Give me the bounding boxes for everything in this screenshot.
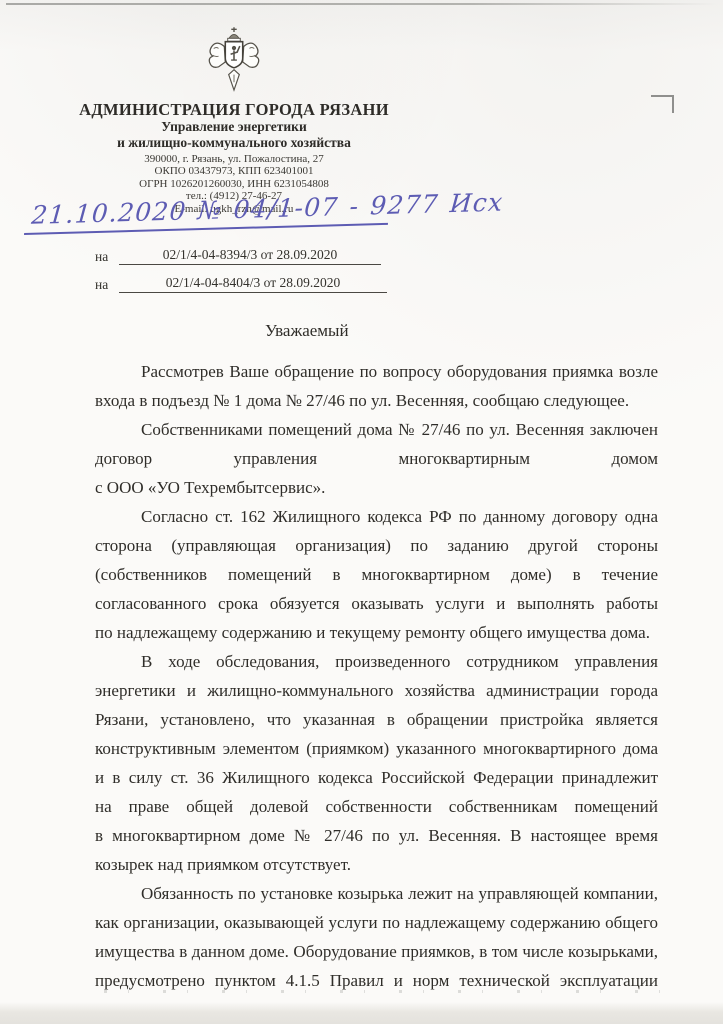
text-line: Обязанность по установке козырька лежит … [95,879,658,908]
paragraph: Обязанность по установке козырька лежит … [95,879,658,995]
reference-label: на [95,249,119,265]
salutation: Уважаемый [265,316,658,345]
scan-artifact-bottom-band [0,1002,723,1024]
text-line: сторона (управляющая организация) по зад… [95,531,658,560]
paragraph: В ходе обследования, произведенного сотр… [95,647,658,879]
scan-artifact-top-line [6,3,718,5]
org-division-line1: Управление энергетики [58,119,410,135]
org-address: 390000, г. Рязань, ул. Пожалостина, 27 [58,153,410,165]
text-line: (собственников помещений в многоквартирн… [95,560,658,589]
org-name: АДМИНИСТРАЦИЯ ГОРОДА РЯЗАНИ [58,100,410,119]
paragraph: Собственниками помещений дома № 27/46 по… [95,415,658,502]
reference-row: на 02/1/4-04-8394/3 от 28.09.2020 [95,243,381,265]
org-ogrn-inn: ОГРН 1026201260030, ИНН 6231054808 [58,178,410,190]
text-line: Собственниками помещений дома № 27/46 по… [95,415,658,444]
text-line: имущества в данном доме. Оборудование пр… [95,937,658,966]
scan-artifact-cutoff-text [70,990,660,993]
text-line: на праве общей долевой собственности соб… [95,792,658,821]
reference-block: на 02/1/4-04-8394/3 от 28.09.2020 на 02/… [95,243,381,299]
letterhead: АДМИНИСТРАЦИЯ ГОРОДА РЯЗАНИ Управление э… [58,26,410,215]
reference-label: на [95,277,119,293]
text-line: Рязани, установлено, что указанная в обр… [95,705,658,734]
ryazan-coat-of-arms-icon [205,26,263,98]
text-line: как организации, оказывающей услуги по н… [95,908,658,937]
text-line: и в силу ст. 36 Жилищного кодекса Россий… [95,763,658,792]
text-line: конструктивным элементом (приямком) указ… [95,734,658,763]
corner-crop-mark [651,95,674,113]
reference-value: 02/1/4-04-8394/3 от 28.09.2020 [119,247,381,265]
text-line: козырек над приямком отсутствует. [95,850,658,879]
text-line: по надлежащему содержанию и текущему рем… [95,618,658,647]
paragraphs-container: Рассмотрев Ваше обращение по вопросу обо… [95,357,658,995]
org-okpo-kpp: ОКПО 03437973, КПП 623401001 [58,165,410,177]
org-division-line2: и жилищно-коммунального хозяйства [58,135,410,151]
text-line: согласованного срока обязуется оказывать… [95,589,658,618]
letter-body: Уважаемый Рассмотрев Ваше обращение по в… [95,308,658,995]
reference-value: 02/1/4-04-8404/3 от 28.09.2020 [119,275,387,293]
text-line: энергетики и жилищно-коммунального хозяй… [95,676,658,705]
text-line: в многоквартирном доме № 27/46 по ул. Ве… [95,821,658,850]
text-line: Согласно ст. 162 Жилищного кодекса РФ по… [95,502,658,531]
text-line: с ООО «УО Техрембытсервис». [95,473,658,502]
paragraph: Согласно ст. 162 Жилищного кодекса РФ по… [95,502,658,647]
reference-row: на 02/1/4-04-8404/3 от 28.09.2020 [95,271,381,293]
text-line: В ходе обследования, произведенного сотр… [95,647,658,676]
text-line: входа в подъезд № 1 дома № 27/46 по ул. … [95,386,658,415]
text-line: договор управления многоквартирным домом [95,444,658,473]
scanned-letter-page: АДМИНИСТРАЦИЯ ГОРОДА РЯЗАНИ Управление э… [0,0,723,1024]
text-line: Рассмотрев Ваше обращение по вопросу обо… [95,357,658,386]
paragraph: Рассмотрев Ваше обращение по вопросу обо… [95,357,658,415]
